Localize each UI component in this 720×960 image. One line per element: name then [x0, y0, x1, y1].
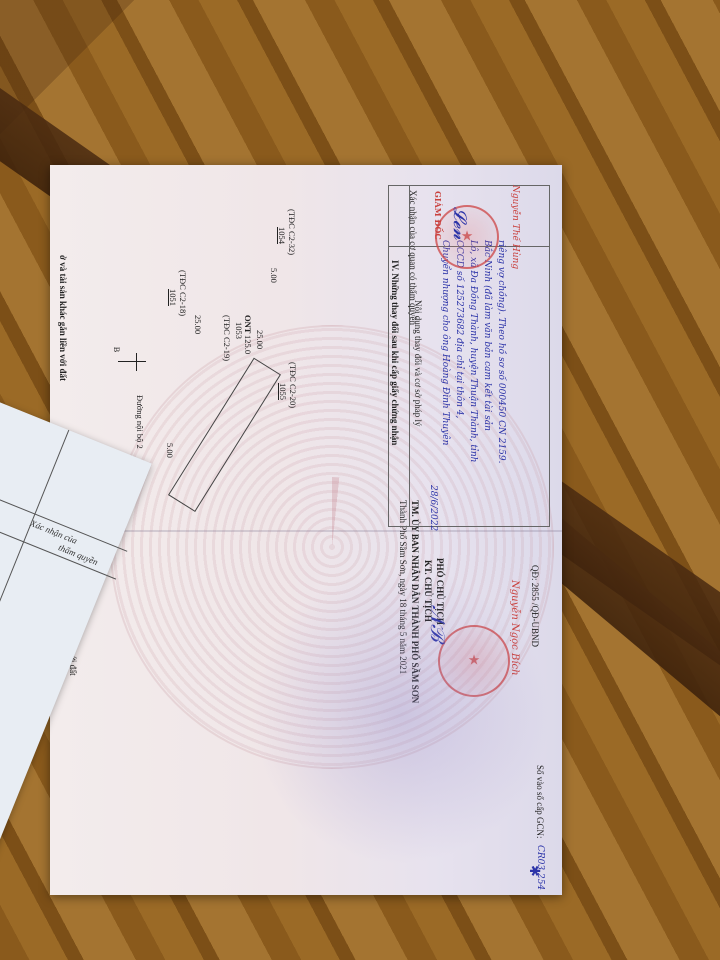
drum-star-icon	[262, 477, 402, 617]
parcel-type: ONT	[243, 315, 253, 333]
road-label: Đường nội bộ 2	[135, 395, 145, 449]
side-length-left: 25.00	[193, 315, 203, 334]
neighbor-number: 1051	[168, 289, 178, 306]
entry-line: riêng vợ chồng). Theo hồ sơ số 000450 CN…	[496, 240, 506, 463]
approver-signature: 𝓛𝓮𝓷	[449, 207, 470, 240]
neighbor-code: (TĐC C2-20)	[288, 362, 298, 408]
neighbor-number: 1055	[278, 383, 288, 400]
page-fold	[50, 530, 562, 532]
official-seal-stamp	[438, 625, 510, 697]
side-length-bottom: 5.00	[165, 443, 175, 458]
approver-name: Nguyễn Thế Hùng	[510, 185, 520, 269]
column-header-approval: Xác nhận của cơ quan có thẩm quyền	[407, 190, 418, 325]
entry-line: Bắc Ninh (đã làm văn bản cam kết tài sản	[482, 240, 492, 431]
signer-role: PHÓ CHỦ TỊCH	[435, 558, 445, 625]
side-length-right: 25.00	[255, 330, 265, 349]
parcel-code: (TĐC C2-19)	[222, 315, 232, 361]
neighbor-number: 1054	[277, 227, 287, 244]
kt-title: KT. CHỦ TỊCH	[423, 560, 433, 622]
decision-number: QĐ: 2855 /QĐ-UBND	[530, 565, 540, 647]
entry-line: Chuyển nhượng cho ông Hoàng Đình Thuyên	[440, 240, 450, 445]
section-iv-title: IV. Những thay đổi sau khi cấp giấy chứn…	[389, 260, 400, 445]
register-label: Số vào sổ cấp GCN:	[535, 765, 545, 839]
neighbor-code: (TĐC C2-18)	[178, 270, 188, 316]
stamp-title: GIÁM ĐỐC	[433, 191, 443, 240]
signer-name: Nguyễn Ngọc Bích	[509, 580, 520, 676]
star-mark-icon: ✱	[526, 865, 542, 877]
side-length-top: 5.00	[269, 268, 279, 283]
north-arrow-icon: B	[118, 353, 146, 371]
issuing-org: TM. ỦY BAN NHÂN DÂN THÀNH PHỐ SẦM SƠN	[410, 500, 420, 703]
parcel-area: 125.0	[243, 335, 253, 354]
entry-date: 28/6/2022	[428, 485, 438, 531]
certificate-page: B ở và tài sản khác gắn liền với đất Đườ…	[50, 165, 562, 895]
section-header-fragment: ở và tài sản khác gắn liền với đất	[57, 255, 68, 381]
entry-line: Lô, xã Đa Đồng Thành, huyện Thuận Thành,…	[468, 240, 478, 462]
neighbor-code: (TĐC C2-32)	[287, 209, 297, 255]
signature: 𝒩ℬ	[426, 605, 450, 641]
